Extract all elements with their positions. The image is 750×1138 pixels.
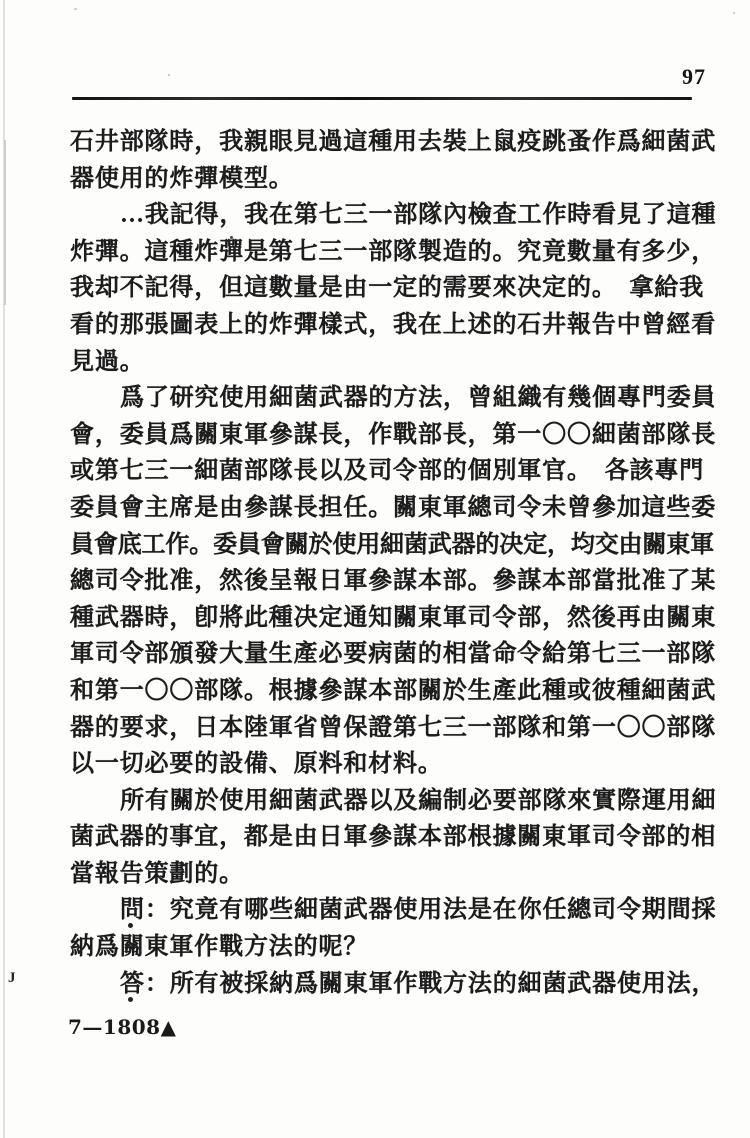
emphasis-dot [128, 997, 133, 1002]
text-line: 或第七三一細菌部隊長以及司令部的個別軍官。 各該專門 [70, 453, 730, 490]
text-line-content: 以一切必要的設備、原料和材料。 [70, 751, 443, 777]
text-line: 菌武器的事宜，都是由日軍參謀本部根據關東軍司令部的相 [70, 819, 730, 856]
text-line-content: 或第七三一細菌部隊長以及司令部的個別軍官。 各該專門 [70, 458, 704, 484]
text-line: 種武器時，卽將此種决定通知關東軍司令部，然後再由關東 [70, 600, 730, 637]
text-line: 爲了研究使用細菌武器的方法，曾組織有幾個專門委員 [70, 380, 730, 417]
text-line-content: …我記得，我在第七三一部隊內檢查工作時看見了這種 [120, 202, 716, 228]
body-text: 石井部隊時，我親眼見過這種用去裝上鼠疫跳蚤作爲細菌武器使用的炸彈模型。…我記得，… [70, 124, 730, 1002]
page-number: 97 [682, 64, 722, 90]
text-line: 員會底工作。委員會關於使用細菌武器的决定，均交由關東軍 [70, 527, 730, 564]
text-line-content: 見過。 [70, 349, 145, 375]
text-line-content: 菌武器的事宜，都是由日軍參謀本部根據關東軍司令部的相 [70, 824, 716, 850]
text-line-content: 器的要求，日本陸軍省曾保證第七三一部隊和第一〇〇部隊 [70, 715, 716, 741]
ink-speck [74, 8, 77, 10]
text-line-content: 石井部隊時，我親眼見過這種用去裝上鼠疫跳蚤作爲細菌武 [70, 129, 716, 155]
text-line-content: 答：所有被採納爲關東軍作戰方法的細菌武器使用法， [120, 971, 716, 997]
text-line-content: 軍司令部頒發大量生產必要病菌的相當命令給第七三一部隊 [70, 641, 716, 667]
text-line-content: 炸彈。這種炸彈是第七三一部隊製造的。究竟數量有多少， [70, 239, 716, 265]
text-line: 見過。 [70, 344, 730, 381]
text-line: 器的要求，日本陸軍省曾保證第七三一部隊和第一〇〇部隊 [70, 710, 730, 747]
text-line-content: 總司令批准，然後呈報日軍參謀本部。參謀本部當批准了某 [70, 568, 716, 594]
text-line: 當報告策劃的。 [70, 856, 730, 893]
text-line: …我記得，我在第七三一部隊內檢查工作時看見了這種 [70, 197, 730, 234]
text-line-content: 問：究竟有哪些細菌武器使用法是在你任總司令期間採 [120, 897, 716, 923]
text-line: 石井部隊時，我親眼見過這種用去裝上鼠疫跳蚤作爲細菌武 [70, 124, 730, 161]
text-line: 和第一〇〇部隊。根據參謀本部關於生產此種或彼種細菌武 [70, 673, 730, 710]
text-line-content: 員會底工作。委員會關於使用細菌武器的决定，均交由關東軍 [70, 532, 714, 558]
text-line-content: 器使用的炸彈模型。 [70, 166, 294, 192]
text-line: 總司令批准，然後呈報日軍參謀本部。參謀本部當批准了某 [70, 563, 730, 600]
text-line-content: 和第一〇〇部隊。根據參謀本部關於生產此種或彼種細菌武 [70, 678, 716, 704]
text-line: 器使用的炸彈模型。 [70, 161, 730, 198]
text-line: 答：所有被採納爲關東軍作戰方法的細菌武器使用法， [70, 966, 730, 1003]
text-line-content: 會，委員爲關東軍參謀長，作戰部長，第一〇〇細菌部隊長 [70, 422, 716, 448]
text-line-content: 當報告策劃的。 [70, 861, 244, 887]
text-line-content: 我却不記得，但這數量是由一定的需要來决定的。 拿給我 [70, 275, 704, 301]
printer-mark: 7—1808▲ [68, 1015, 176, 1039]
ink-speck [230, 236, 233, 239]
text-line: 問：究竟有哪些細菌武器使用法是在你任總司令期間採 [70, 892, 730, 929]
text-line: 委員會主席是由參謀長担任。關東軍總司令未曾參加這些委 [70, 490, 730, 527]
text-line: 我却不記得，但這數量是由一定的需要來决定的。 拿給我 [70, 270, 730, 307]
text-line-content: 委員會主席是由參謀長担任。關東軍總司令未曾參加這些委 [70, 495, 716, 521]
text-line: 炸彈。這種炸彈是第七三一部隊製造的。究竟數量有多少， [70, 234, 730, 271]
emphasis-dot [128, 923, 133, 928]
header-rule [72, 97, 692, 100]
text-line-content: 所有關於使用細菌武器以及編制必要部隊來實際運用細 [120, 788, 716, 814]
text-line-content: 納爲關東軍作戰方法的呢？ [70, 934, 368, 960]
text-line: 納爲關東軍作戰方法的呢？ [70, 929, 730, 966]
page-edge-shadow [4, 140, 6, 305]
text-line-content: 種武器時，卽將此種决定通知關東軍司令部，然後再由關東 [70, 605, 716, 631]
text-line: 看的那張圖表上的炸彈樣式，我在上述的石井報告中曾經看 [70, 307, 730, 344]
text-line-content: 看的那張圖表上的炸彈樣式，我在上述的石井報告中曾經看 [70, 312, 716, 338]
text-line: 軍司令部頒發大量生產必要病菌的相當命令給第七三一部隊 [70, 636, 730, 673]
text-line: 以一切必要的設備、原料和材料。 [70, 746, 730, 783]
text-line-content: 爲了研究使用細菌武器的方法，曾組織有幾個專門委員 [120, 385, 716, 411]
text-line: 所有關於使用細菌武器以及編制必要部隊來實際運用細 [70, 783, 730, 820]
document-page: 97 石井部隊時，我親眼見過這種用去裝上鼠疫跳蚤作爲細菌武器使用的炸彈模型。…我… [0, 0, 750, 1138]
text-line: 會，委員爲關東軍參謀長，作戰部長，第一〇〇細菌部隊長 [70, 417, 730, 454]
margin-artifact: J [8, 970, 16, 987]
ink-speck [168, 74, 170, 76]
ink-speck [733, 12, 735, 14]
